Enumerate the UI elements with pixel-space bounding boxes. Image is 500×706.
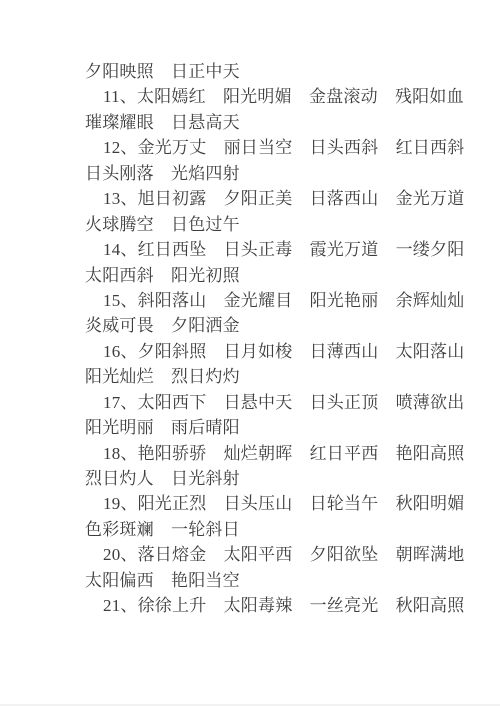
item-13-line-2: 火球腾空 日色过午: [85, 212, 477, 237]
item-17-line-2: 阳光明丽 雨后晴阳: [85, 415, 477, 440]
item-19-line-1: 19、阳光正烈 日头压山 日轮当午 秋阳明媚: [85, 491, 477, 516]
item-15-line-1: 15、斜阳落山 金光耀目 阳光艳丽 余辉灿灿: [85, 288, 477, 313]
item-16-line-2: 阳光灿烂 烈日灼灼: [85, 364, 477, 389]
item-15-line-2: 炎威可畏 夕阳洒金: [85, 313, 477, 338]
item-17-line-1: 17、太阳西下 日悬中天 日头正顶 喷薄欲出: [85, 390, 477, 415]
item-11-line-1: 11、太阳嫣红 阳光明媚 金盘滚动 残阳如血: [85, 84, 477, 109]
item-14-line-1: 14、红日西坠 日头正毒 霞光万道 一缕夕阳: [85, 237, 477, 262]
item-12-line-1: 12、金光万丈 丽日当空 日头西斜 红日西斜: [85, 135, 477, 160]
item-20-line-2: 太阳偏西 艳阳当空: [85, 568, 477, 593]
item-18-line-2: 烈日灼人 日光斜射: [85, 466, 477, 491]
item-21-line-1: 21、徐徐上升 太阳毒辣 一丝亮光 秋阳高照: [85, 593, 477, 618]
item-14-line-2: 太阳西斜 阳光初照: [85, 263, 477, 288]
lead-continuation-line: 夕阳映照 日正中天: [85, 59, 477, 84]
item-11-line-2: 璀璨耀眼 日悬高天: [85, 110, 477, 135]
item-13-line-1: 13、旭日初露 夕阳正美 日落西山 金光万道: [85, 186, 477, 211]
item-16-line-1: 16、夕阳斜照 日月如梭 日薄西山 太阳落山: [85, 339, 477, 364]
item-20-line-1: 20、落日熔金 太阳平西 夕阳欲坠 朝晖满地: [85, 542, 477, 567]
sun-phrase-word-list: 夕阳映照 日正中天11、太阳嫣红 阳光明媚 金盘滚动 残阳如血璀璨耀眼 日悬高天…: [85, 59, 477, 619]
item-18-line-1: 18、艳阳骄骄 灿烂朝晖 红日平西 艳阳高照: [85, 441, 477, 466]
item-12-line-2: 日头刚落 光焰四射: [85, 161, 477, 186]
item-19-line-2: 色彩斑斓 一轮斜日: [85, 517, 477, 542]
document-page: 夕阳映照 日正中天11、太阳嫣红 阳光明媚 金盘滚动 残阳如血璀璨耀眼 日悬高天…: [0, 0, 500, 706]
